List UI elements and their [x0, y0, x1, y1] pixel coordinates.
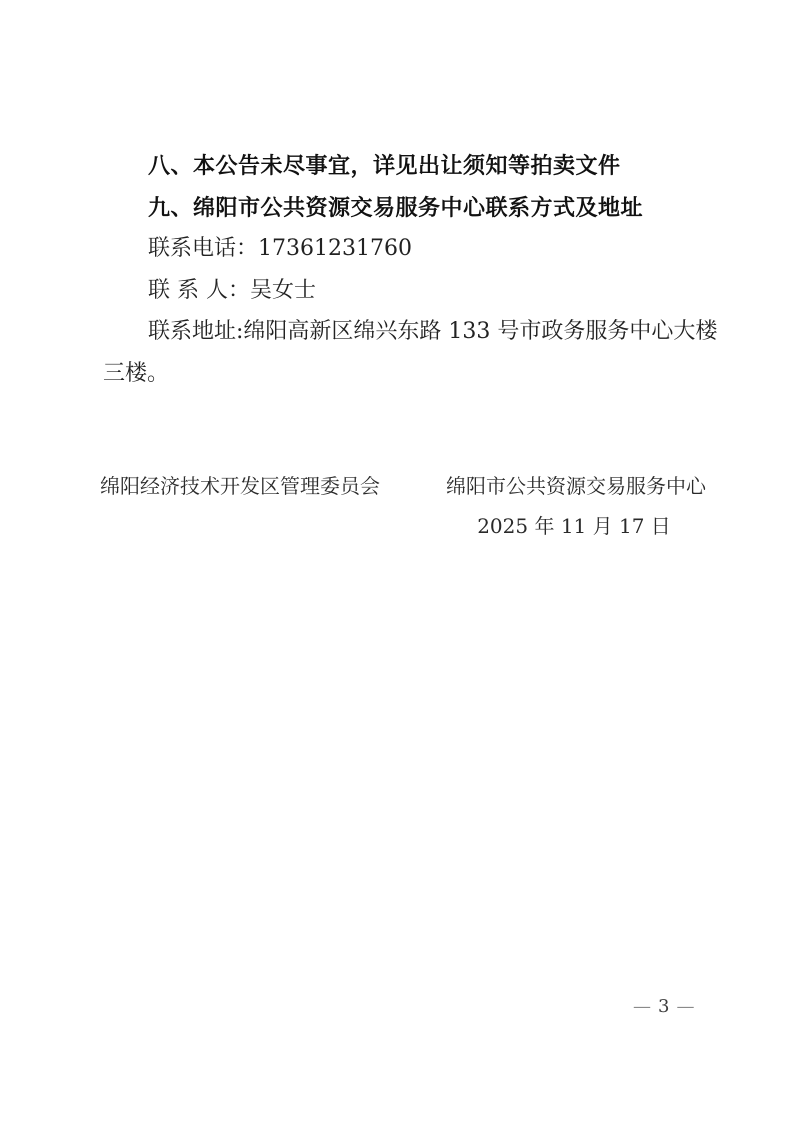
- page-number-dash-right: —: [676, 996, 694, 1018]
- page-number-value: 3: [658, 996, 669, 1018]
- contact-address-line: 联系地址:绵阳高新区绵兴东路 133 号市政务服务中心大楼: [103, 311, 723, 353]
- section-heading-9: 九、绵阳市公共资源交易服务中心联系方式及地址: [103, 187, 723, 229]
- page-number-dash-left: —: [633, 996, 651, 1018]
- contact-address-continuation: 三楼。: [103, 353, 723, 395]
- issue-date: 2025 年 11 月 17 日: [446, 514, 702, 539]
- document-body: 八、本公告未尽事宜，详见出让须知等拍卖文件 九、绵阳市公共资源交易服务中心联系方…: [103, 145, 723, 395]
- document-page: 八、本公告未尽事宜，详见出让须知等拍卖文件 九、绵阳市公共资源交易服务中心联系方…: [0, 0, 793, 1122]
- contact-phone-line: 联系电话：17361231760: [103, 228, 723, 270]
- contact-person-line: 联 系 人：吴女士: [103, 270, 723, 312]
- page-number: — 3 —: [633, 996, 694, 1018]
- issuer-right-org: 绵阳市公共资源交易服务中心: [446, 474, 702, 499]
- issuer-left-org: 绵阳经济技术开发区管理委员会: [100, 474, 380, 499]
- issuer-right-block: 绵阳市公共资源交易服务中心 2025 年 11 月 17 日: [446, 474, 702, 539]
- section-heading-8: 八、本公告未尽事宜，详见出让须知等拍卖文件: [103, 145, 723, 187]
